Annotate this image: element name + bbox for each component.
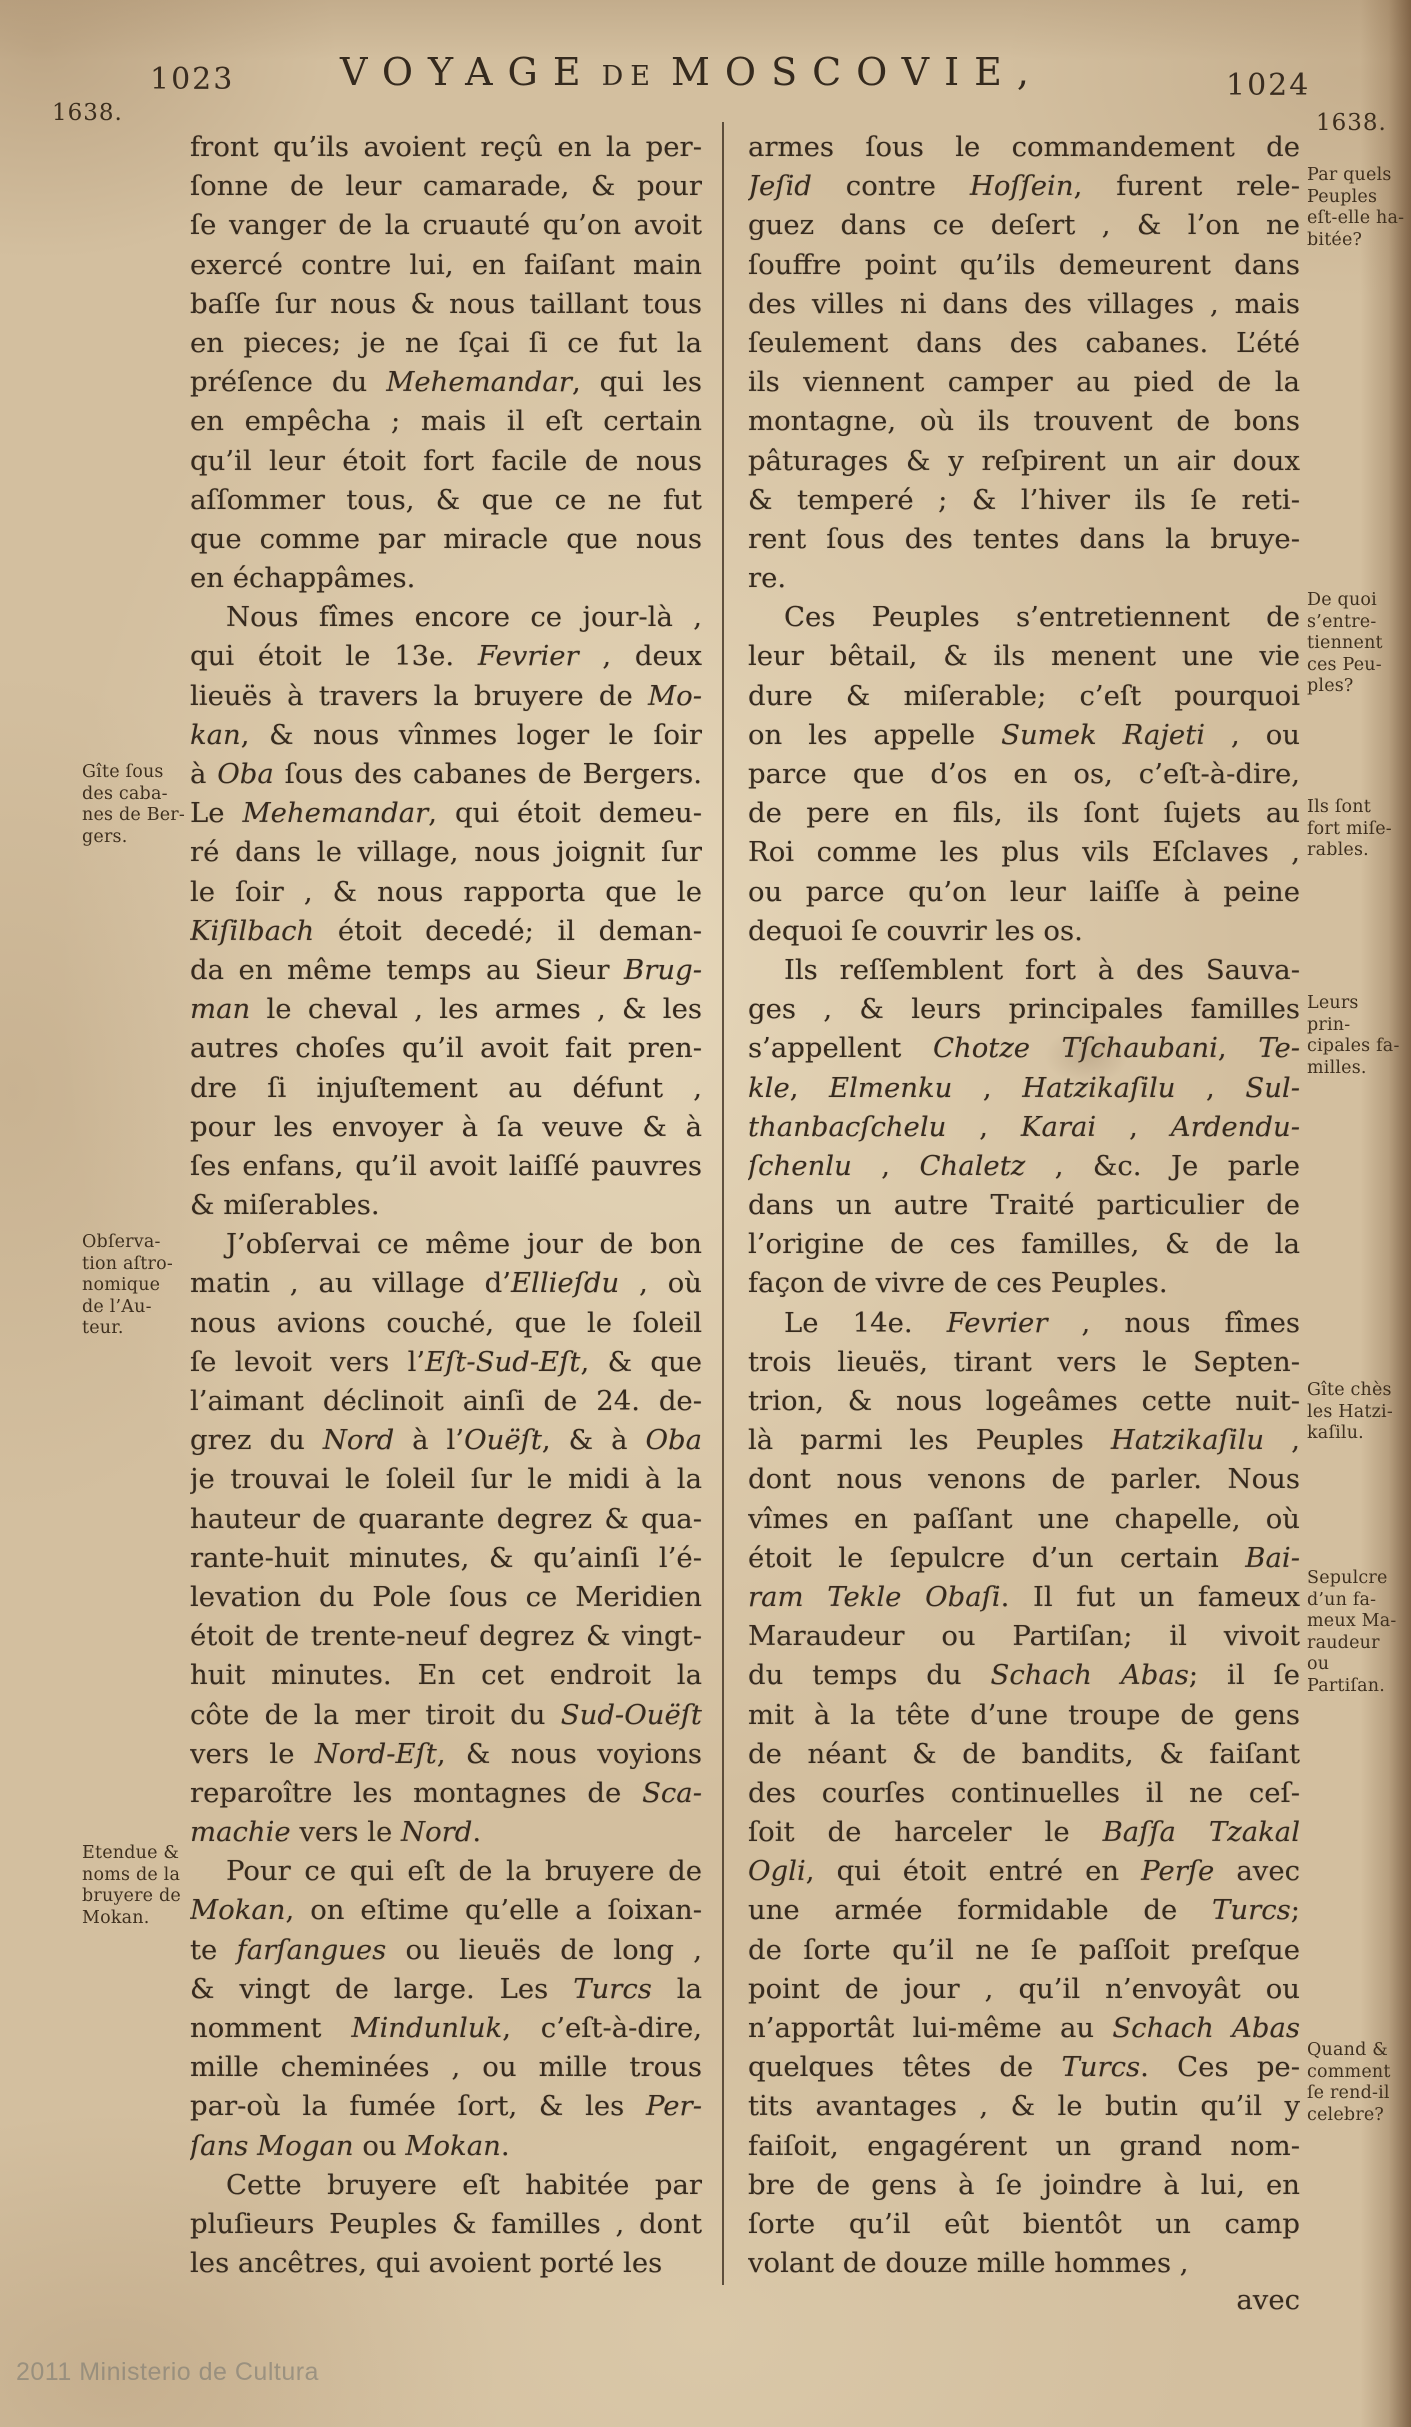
text-line: préſence du Mehemandar, qui les (190, 363, 702, 402)
page-number-left: 1023 (150, 62, 234, 97)
column-divider (722, 122, 724, 2285)
text-line: le ſoir , & nous rapporta que le (190, 873, 702, 912)
margin-note: Par quels Peuples eſt-elle ha- bitée? (1307, 165, 1407, 251)
text-line: volant de douze mille hommes , (748, 2244, 1300, 2283)
text-line: J’obſervai ce même jour de bon (190, 1225, 702, 1264)
text-line: ſe vanger de la cruauté qu’on avoit (190, 206, 702, 245)
text-line: bre de gens à ſe joindre à lui, en (748, 2166, 1300, 2205)
margin-note: Etendue & noms de la bruyere de Mokan. (82, 1843, 194, 1929)
text-line: front qu’ils avoient reçû en la per- (190, 128, 702, 167)
text-line: l’aimant déclinoit ainſi de 24. de- (190, 1382, 702, 1421)
text-line: ges , & leurs principales familles (748, 990, 1300, 1029)
text-line: en empêcha ; mais il eſt certain (190, 402, 702, 441)
text-line: Mokan, on eſtime qu’elle a ſoixan- (190, 1891, 702, 1930)
text-line: Le 14e. Fevrier , nous fîmes (748, 1304, 1300, 1343)
text-line: nous avions couché, que le ſoleil (190, 1304, 702, 1343)
text-line: ſoit de harceler le Baſſa Tzakal (748, 1813, 1300, 1852)
text-line: du temps du Schach Abas; il ſe (748, 1656, 1300, 1695)
text-line: montagne, où ils trouvent de bons (748, 402, 1300, 441)
page-number-right: 1024 (1226, 68, 1310, 103)
text-line: Kiſilbach étoit decedé; il deman- (190, 912, 702, 951)
text-line: kan, & nous vînmes loger le ſoir (190, 716, 702, 755)
margin-year-right: 1638. (1316, 110, 1387, 136)
watermark: 2011 Ministerio de Cultura (16, 2358, 319, 2387)
text-line: grez du Nord à l’Ouëſt, & à Oba (190, 1421, 702, 1460)
text-line: mille cheminées , ou mille trous (190, 2048, 702, 2087)
text-line: dont nous venons de parler. Nous (748, 1460, 1300, 1499)
text-line: des courſes continuelles il ne ceſ- (748, 1774, 1300, 1813)
text-line: lieuës à travers la bruyere de Mo- (190, 677, 702, 716)
left-text-column: front qu’ils avoient reçû en la per-ſonn… (190, 128, 702, 2283)
text-line: dans un autre Traité particulier de (748, 1186, 1300, 1225)
text-line: man le cheval , les armes , & les (190, 990, 702, 1029)
margin-note: Quand & comment ſe rend-il celebre? (1307, 2040, 1407, 2126)
text-line: Ces Peuples s’entretiennent de (748, 598, 1300, 637)
text-line: des villes ni dans des villages , mais (748, 285, 1300, 324)
text-line: hauteur de quarante degrez & qua- (190, 1500, 702, 1539)
title-de: DE (602, 61, 657, 92)
text-line: Ogli, qui étoit entré en Perſe avec (748, 1852, 1300, 1891)
text-line: ſans Mogan ou Mokan. (190, 2127, 702, 2166)
text-line: façon de vivre de ces Peuples. (748, 1264, 1300, 1303)
text-line: te farſangues ou lieuës de long , (190, 1931, 702, 1970)
title-moscovie: MOSCOVIE, (671, 50, 1044, 94)
text-line: Cette bruyere eſt habitée par (190, 2166, 702, 2205)
text-line: pour les envoyer à ſa veuve & à (190, 1108, 702, 1147)
text-line: s’appellent Chotze Tſchaubani, Te- (748, 1029, 1300, 1068)
text-line: pâturages & y reſpirent un air doux (748, 442, 1300, 481)
text-line: re. (748, 559, 1300, 598)
text-line: les ancêtres, qui avoient porté les (190, 2244, 702, 2283)
margin-note: Obſerva- tion aſtro- nomique de l’Au- te… (82, 1232, 194, 1340)
text-line: mit à la tête d’une troupe de gens (748, 1696, 1300, 1735)
text-line: de pere en fils, ils ſont ſujets au (748, 794, 1300, 833)
text-line: guez dans ce deſert , & l’on ne (748, 206, 1300, 245)
text-line: rante-huit minutes, & qu’ainſi l’é- (190, 1539, 702, 1578)
text-line: ſonne de leur camarade, & pour (190, 167, 702, 206)
text-line: da en même temps au Sieur Brug- (190, 951, 702, 990)
text-line: exercé contre lui, en faiſant main (190, 246, 702, 285)
text-line: huit minutes. En cet endroit la (190, 1656, 702, 1695)
text-line: point de jour , qu’il n’envoyât ou (748, 1970, 1300, 2009)
text-line: qui étoit le 13e. Fevrier , deux (190, 637, 702, 676)
text-line: côte de la mer tiroit du Sud-Ouëſt (190, 1696, 702, 1735)
text-line: Pour ce qui eſt de la bruyere de (190, 1852, 702, 1891)
text-line: pluſieurs Peuples & familles , dont (190, 2205, 702, 2244)
text-line: armes ſous le commandement de (748, 128, 1300, 167)
text-line: matin , au village d’Ellieſdu , où (190, 1264, 702, 1303)
text-line: étoit de trente-neuf degrez & vingt- (190, 1617, 702, 1656)
text-line: trion, & nous logeâmes cette nuit- (748, 1382, 1300, 1421)
text-line: ré dans le village, nous joignit ſur (190, 833, 702, 872)
text-line: à Oba ſous des cabanes de Bergers. (190, 755, 702, 794)
text-line: n’apportât lui-même au Schach Abas (748, 2009, 1300, 2048)
text-line: Maraudeur ou Partiſan; il vivoit (748, 1617, 1300, 1656)
text-line: Nous fîmes encore ce jour-là , (190, 598, 702, 637)
text-line: par-où la fumée ſort, & les Per- (190, 2087, 702, 2126)
text-line: ſes enfans, qu’il avoit laiſſé pauvres (190, 1147, 702, 1186)
text-line: Roi comme les plus vils Eſclaves , (748, 833, 1300, 872)
text-line: dre ſi injuſtement au défunt , (190, 1069, 702, 1108)
text-line: ſeulement dans des cabanes. L’été (748, 324, 1300, 363)
text-line: ſouffre point qu’ils demeurent dans (748, 246, 1300, 285)
margin-note: Gîte chès les Hatzi- kaſilu. (1307, 1380, 1407, 1445)
margin-note: Sepulcre d’un fa- meux Ma- raudeur ou Pa… (1307, 1568, 1407, 1697)
text-line: baſſe ſur nous & nous taillant tous (190, 285, 702, 324)
text-line: & temperé ; & l’hiver ils ſe reti- (748, 481, 1300, 520)
text-line: dequoi ſe couvrir les os. (748, 912, 1300, 951)
text-line: que comme par miracle que nous (190, 520, 702, 559)
text-line: trois lieuës, tirant vers le Septen- (748, 1343, 1300, 1382)
text-line: qu’il leur étoit fort facile de nous (190, 442, 702, 481)
margin-note: Leurs prin- cipales fa- milles. (1307, 993, 1407, 1079)
text-line: Ils reſſemblent fort à des Sauva- (748, 951, 1300, 990)
text-line: kle, Elmenku , Hatzikaſilu , Sul- (748, 1069, 1300, 1108)
text-line: reparoître les montagnes de Sca- (190, 1774, 702, 1813)
catchword: avec (748, 2284, 1300, 2316)
margin-note: Ils ſont fort miſe- rables. (1307, 797, 1407, 862)
text-line: & vingt de large. Les Turcs la (190, 1970, 702, 2009)
text-line: ſorte qu’il eût bientôt un camp (748, 2205, 1300, 2244)
text-line: aſſommer tous, & que ce ne fut (190, 481, 702, 520)
title-voyage: VOYAGE (340, 50, 596, 94)
margin-note: Gîte ſous des caba- nes de Ber- gers. (82, 762, 194, 848)
text-line: Jeſid contre Hoſſein, furent rele- (748, 167, 1300, 206)
text-line: machie vers le Nord. (190, 1813, 702, 1852)
text-line: une armée formidable de Turcs; (748, 1891, 1300, 1930)
text-line: faiſoit, engagérent un grand nom- (748, 2127, 1300, 2166)
text-line: tits avantages , & le butin qu’il y (748, 2087, 1300, 2126)
text-line: nomment Mindunluk, c’eſt-à-dire, (190, 2009, 702, 2048)
margin-year-left: 1638. (52, 100, 123, 126)
text-line: on les appelle Sumek Rajeti , ou (748, 716, 1300, 755)
text-line: dure & miſerable; c’eſt pourquoi (748, 677, 1300, 716)
text-line: & miſerables. (190, 1186, 702, 1225)
text-line: parce que d’os en os, c’eſt-à-dire, (748, 755, 1300, 794)
text-line: en pieces; je ne ſçai ſi ce fut la (190, 324, 702, 363)
text-line: Le Mehemandar, qui étoit demeu- (190, 794, 702, 833)
margin-note: De quoi s’entre- tiennent ces Peu- ples? (1307, 590, 1407, 698)
text-line: vers le Nord-Eſt, & nous voyions (190, 1735, 702, 1774)
right-text-column: armes ſous le commandement deJeſid contr… (748, 128, 1300, 2283)
page-title: VOYAGEDEMOSCOVIE, (340, 50, 1044, 94)
text-line: autres choſes qu’il avoit fait pren- (190, 1029, 702, 1068)
text-line: ou parce qu’on leur laiſſe à peine (748, 873, 1300, 912)
text-line: en échappâmes. (190, 559, 702, 598)
text-line: ſchenlu , Chaletz , &c. Je parle (748, 1147, 1300, 1186)
text-line: de ſorte qu’il ne ſe paſſoit preſque (748, 1931, 1300, 1970)
text-line: vîmes en paſſant une chapelle, où (748, 1500, 1300, 1539)
text-line: ram Tekle Obaſi. Il fut un fameux (748, 1578, 1300, 1617)
text-line: de néant & de bandits, & faiſant (748, 1735, 1300, 1774)
text-line: rent ſous des tentes dans la bruye- (748, 520, 1300, 559)
text-line: ſe levoit vers l’Eſt-Sud-Eſt, & que (190, 1343, 702, 1382)
text-line: quelques têtes de Turcs. Ces pe- (748, 2048, 1300, 2087)
text-line: thanbacſchelu , Karai , Ardendu- (748, 1108, 1300, 1147)
text-line: ils viennent camper au pied de la (748, 363, 1300, 402)
text-line: l’origine de ces familles, & de la (748, 1225, 1300, 1264)
text-line: étoit le ſepulcre d’un certain Bai- (748, 1539, 1300, 1578)
text-line: leur bêtail, & ils menent une vie (748, 637, 1300, 676)
book-page: 1023 VOYAGEDEMOSCOVIE, 1024 1638. 1638. … (0, 0, 1411, 2427)
text-line: levation du Pole ſous ce Meridien (190, 1578, 702, 1617)
text-line: je trouvai le ſoleil ſur le midi à la (190, 1460, 702, 1499)
text-line: là parmi les Peuples Hatzikaſilu , (748, 1421, 1300, 1460)
